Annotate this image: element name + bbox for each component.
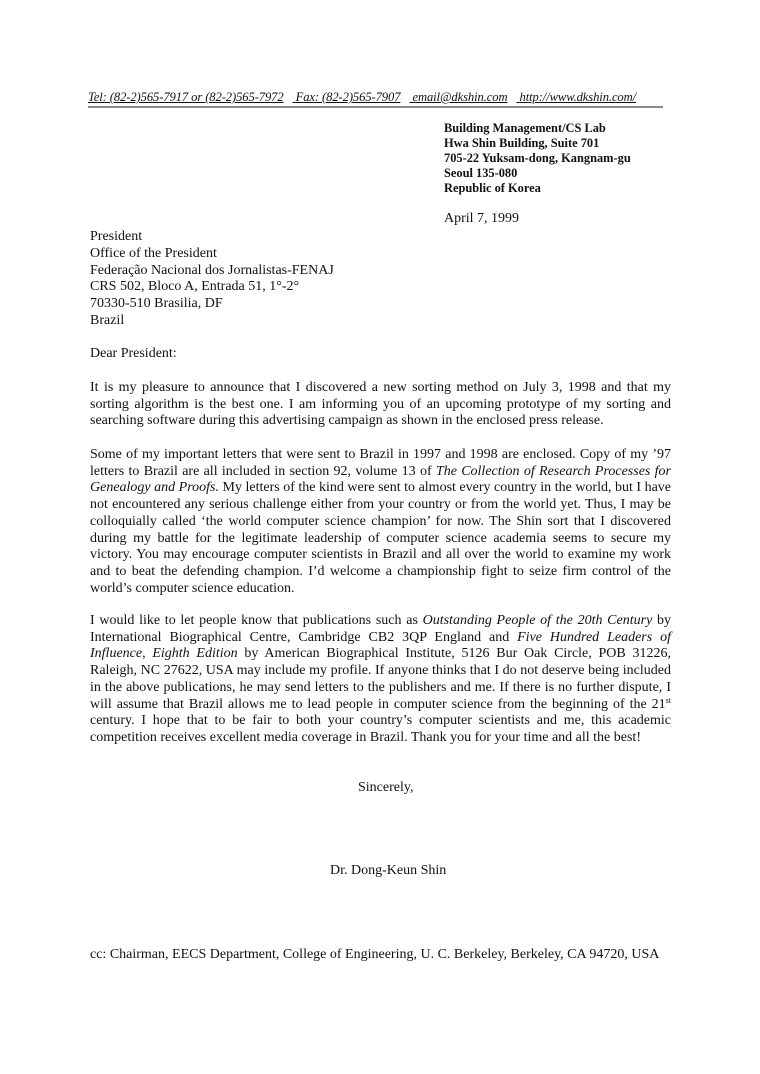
sender-address-line: Seoul 135-080 [444, 166, 631, 181]
letter-date: April 7, 1999 [444, 211, 519, 227]
letterhead-rule [88, 106, 663, 108]
publication-title: Outstanding People of the 20th Century [423, 613, 653, 628]
body-paragraph-2: Some of my important letters that were s… [90, 447, 671, 597]
ordinal-suffix: st [666, 696, 671, 705]
sender-address-line: Hwa Shin Building, Suite 701 [444, 136, 631, 151]
body-text: My letters of the kind were sent to almo… [90, 480, 671, 595]
recipient-address-line: President [90, 229, 334, 246]
recipient-address-line: Federação Nacional dos Jornalistas-FENAJ [90, 263, 334, 280]
letterhead-email: email@dkshin.com [412, 90, 507, 104]
sender-address-line: 705-22 Yuksam-dong, Kangnam-gu [444, 151, 631, 166]
publication-edition: Eighth Edition [152, 646, 237, 661]
letterhead-fax: Fax: (82-2)565-7907 [296, 90, 401, 104]
sender-address-line: Republic of Korea [444, 181, 631, 196]
body-text: century. I hope that to be fair to both … [90, 713, 671, 745]
recipient-address-line: 70330-510 Brasilia, DF [90, 296, 334, 313]
body-paragraph-1: It is my pleasure to announce that I dis… [90, 380, 671, 430]
recipient-address-line: Brazil [90, 313, 334, 330]
letterhead-contact-line: Tel: (82-2)565-7917 or (82-2)565-7972 Fa… [88, 90, 662, 105]
body-paragraph-3: I would like to let people know that pub… [90, 613, 671, 747]
body-text: I would like to let people know that pub… [90, 613, 423, 628]
sender-address: Building Management/CS Lab Hwa Shin Buil… [444, 121, 631, 196]
closing: Sincerely, [358, 780, 413, 796]
sender-address-line: Building Management/CS Lab [444, 121, 631, 136]
recipient-address-line: CRS 502, Bloco A, Entrada 51, 1°-2° [90, 279, 334, 296]
cc-line: cc: Chairman, EECS Department, College o… [90, 947, 659, 963]
salutation: Dear President: [90, 346, 177, 362]
body-text: It is my pleasure to announce that I dis… [90, 380, 671, 428]
letter-page: Tel: (82-2)565-7917 or (82-2)565-7972 Fa… [0, 0, 760, 1074]
body-text: , [142, 646, 152, 661]
recipient-address-line: Office of the President [90, 246, 334, 263]
recipient-address: President Office of the President Federa… [90, 229, 334, 330]
signature: Dr. Dong-Keun Shin [330, 863, 446, 879]
letterhead-url: http://www.dkshin.com/ [520, 90, 637, 104]
letterhead-tel: Tel: (82-2)565-7917 or (82-2)565-7972 [88, 90, 284, 104]
